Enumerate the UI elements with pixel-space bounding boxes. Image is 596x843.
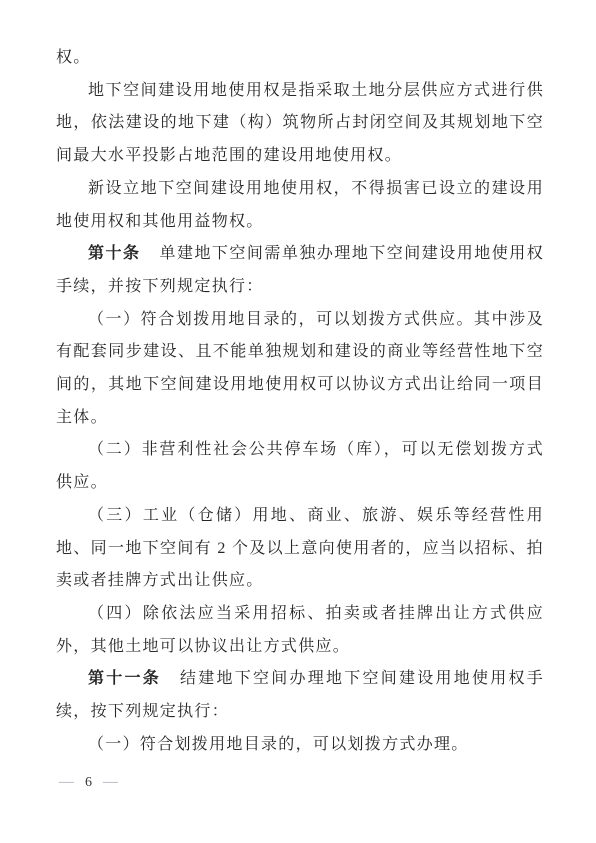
footer-dash-right: — (103, 774, 118, 790)
paragraph-article-10-item-1: （一）符合划拨用地目录的，可以划拨方式供应。其中涉及有配套同步建设、且不能单独规… (56, 304, 544, 435)
paragraph-definition: 地下空间建设用地使用权是指采取土地分层供应方式进行供地，依法建设的地下建（构）筑… (56, 75, 544, 173)
document-page: 权。 地下空间建设用地使用权是指采取土地分层供应方式进行供地，依法建设的地下建（… (0, 0, 596, 843)
article-10-number: 第十条 (88, 245, 140, 262)
paragraph-article-10-item-2: （二）非营利性社会公共停车场（库），可以无偿划拨方式供应。 (56, 434, 544, 499)
paragraph-article-10: 第十条单建地下空间需单独办理地下空间建设用地使用权手续，并按下列规定执行： (56, 238, 544, 303)
page-number: 6 (85, 775, 92, 790)
page-footer: —6— (59, 772, 118, 793)
footer-dash-left: — (59, 774, 74, 790)
paragraph-article-11-item-1: （一）符合划拨用地目录的，可以划拨方式办理。 (56, 729, 544, 762)
document-body: 权。 地下空间建设用地使用权是指采取土地分层供应方式进行供地，依法建设的地下建（… (56, 42, 544, 761)
paragraph-article-11: 第十一条结建地下空间办理地下空间建设用地使用权手续，按下列规定执行： (56, 663, 544, 728)
article-11-number: 第十一条 (88, 670, 161, 687)
paragraph-article-10-item-3: （三）工业（仓储）用地、商业、旅游、娱乐等经营性用地、同一地下空间有 2 个及以… (56, 500, 544, 598)
paragraph-continuation: 权。 (56, 42, 544, 75)
paragraph-article-10-item-4: （四）除依法应当采用招标、拍卖或者挂牌出让方式供应外，其他土地可以协议出让方式供… (56, 598, 544, 663)
paragraph-new-rights: 新设立地下空间建设用地使用权，不得损害已设立的建设用地使用权和其他用益物权。 (56, 173, 544, 238)
